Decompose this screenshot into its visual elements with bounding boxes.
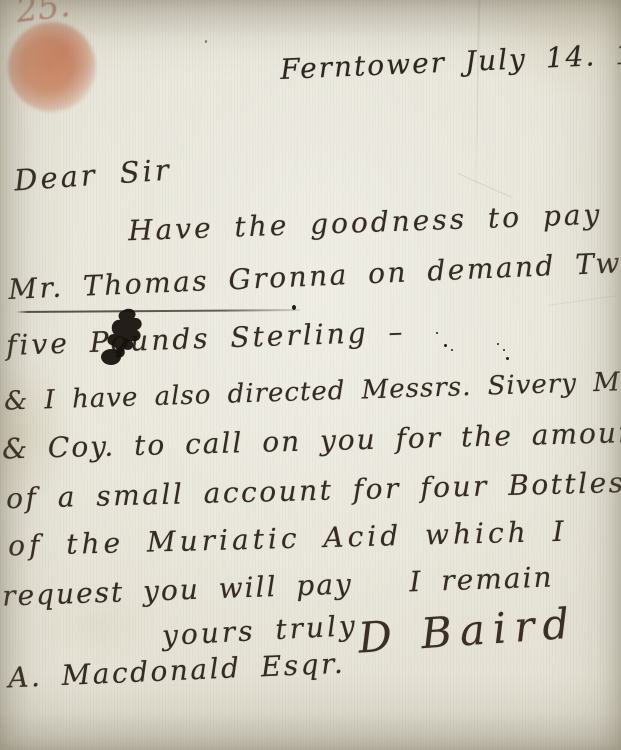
ink-speck xyxy=(292,305,296,310)
letter-page: 25. Ferntower July 14. 1819 Dear Sir Hav… xyxy=(0,0,621,750)
ink-speck xyxy=(497,343,499,345)
ink-speck xyxy=(444,344,447,347)
underline-rule xyxy=(16,309,300,313)
ink-speck xyxy=(205,40,207,43)
addressee: A. Macdonald Esqr. xyxy=(7,647,345,695)
body-line-4: & I have also directed Messrs. Sivery Mo… xyxy=(4,365,621,416)
body-line-6: of a small account for four Bottles xyxy=(6,466,621,515)
ink-speck xyxy=(436,332,438,334)
salutation: Dear Sir xyxy=(13,153,173,198)
signature: D Baird xyxy=(357,598,579,662)
body-line-1: Have the goodness to pay xyxy=(128,198,603,248)
wax-seal-stain xyxy=(8,22,96,112)
ink-speck xyxy=(308,326,310,328)
closing-line: yours truly xyxy=(161,609,358,652)
diagonal-crease xyxy=(457,173,512,198)
ink-speck xyxy=(506,357,509,360)
ink-speck xyxy=(503,349,505,351)
body-line-2: Mr. Thomas Gronna on demand Twenty xyxy=(8,243,621,306)
body-line-7: of the Muriatic Acid which I xyxy=(8,515,568,563)
ink-speck xyxy=(451,349,453,351)
body-line-5: & Coy. to call on you for the amount xyxy=(2,416,621,466)
dateline: Ferntower July 14. 1819 xyxy=(279,35,621,86)
body-line-3: five Pounds Sterling – xyxy=(6,315,407,362)
ink-blot xyxy=(96,308,154,366)
right-crease xyxy=(548,295,617,306)
